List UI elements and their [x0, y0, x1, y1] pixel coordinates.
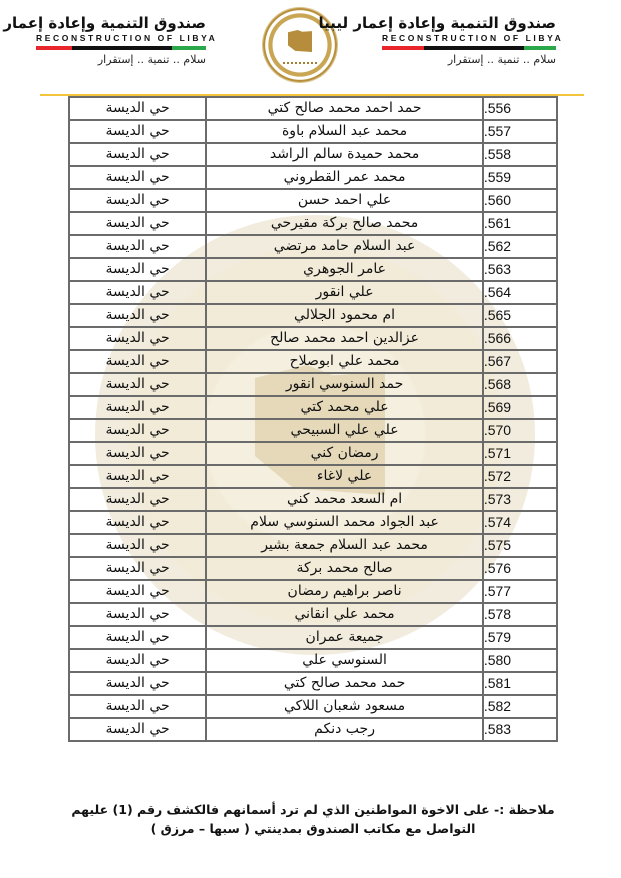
name-cell: حمد السنوسي انقور: [206, 373, 483, 396]
letterhead: صندوق التنمية وإعادة إعمار ليبيا RECONST…: [0, 0, 621, 90]
number-cell: .567: [483, 350, 557, 373]
number-cell: .580: [483, 649, 557, 672]
area-cell: حي الديسة: [69, 672, 206, 695]
name-cell: محمد عمر القطروني: [206, 166, 483, 189]
names-table: حي الديسةحمد احمد محمد صالح كتي.556حي ال…: [68, 96, 558, 742]
area-cell: حي الديسة: [69, 143, 206, 166]
name-cell: ام محمود الجلالي: [206, 304, 483, 327]
table-row: حي الديسةمحمد علي ابوصلاح.567: [69, 350, 557, 373]
name-cell: رجب دنكم: [206, 718, 483, 741]
area-cell: حي الديسة: [69, 465, 206, 488]
area-cell: حي الديسة: [69, 189, 206, 212]
area-cell: حي الديسة: [69, 97, 206, 120]
name-cell: محمد علي انقاني: [206, 603, 483, 626]
brand-block-right: صندوق التنمية وإعادة إعمار ليبيا RECONST…: [382, 14, 556, 67]
flag-color-bar: [382, 46, 556, 50]
table-row: حي الديسةمسعود شعبان اللاكي.582: [69, 695, 557, 718]
table-row: حي الديسةصالح محمد بركة.576: [69, 557, 557, 580]
number-cell: .560: [483, 189, 557, 212]
number-cell: .577: [483, 580, 557, 603]
name-cell: محمد عبد السلام باوة: [206, 120, 483, 143]
area-cell: حي الديسة: [69, 419, 206, 442]
table-row: حي الديسةحمد محمد صالح كتي.581: [69, 672, 557, 695]
brand-arabic-name: صندوق التنمية وإعادة إعمار ليبيا: [382, 14, 556, 33]
number-cell: .572: [483, 465, 557, 488]
name-cell: حمد احمد محمد صالح كتي: [206, 97, 483, 120]
area-cell: حي الديسة: [69, 488, 206, 511]
number-cell: .558: [483, 143, 557, 166]
footnote-line-1: ملاحظة :- على الاخوة المواطنين الذي لم ت…: [68, 800, 558, 819]
number-cell: .573: [483, 488, 557, 511]
table-row: حي الديسةمحمد عبد السلام جمعة بشير.575: [69, 534, 557, 557]
area-cell: حي الديسة: [69, 511, 206, 534]
area-cell: حي الديسة: [69, 603, 206, 626]
number-cell: .575: [483, 534, 557, 557]
name-cell: رمضان كني: [206, 442, 483, 465]
name-cell: عبد الجواد محمد السنوسي سلام: [206, 511, 483, 534]
name-cell: عبد السلام حامد مرتضي: [206, 235, 483, 258]
number-cell: .570: [483, 419, 557, 442]
number-cell: .566: [483, 327, 557, 350]
name-cell: ناصر براهيم رمضان: [206, 580, 483, 603]
brand-tagline: سلام .. تنمية .. إستقرار: [382, 53, 556, 67]
libya-map-icon: [288, 30, 312, 52]
number-cell: .563: [483, 258, 557, 281]
table-row: حي الديسةعلي محمد كتي.569: [69, 396, 557, 419]
footnote-line-2: التواصل مع مكاتب الصندوق بمدينتي ( سبها …: [68, 819, 558, 838]
name-cell: علي انقور: [206, 281, 483, 304]
number-cell: .568: [483, 373, 557, 396]
area-cell: حي الديسة: [69, 649, 206, 672]
number-cell: .574: [483, 511, 557, 534]
table-row: حي الديسةرمضان كني.571: [69, 442, 557, 465]
area-cell: حي الديسة: [69, 557, 206, 580]
area-cell: حي الديسة: [69, 350, 206, 373]
table-row: حي الديسةرجب دنكم.583: [69, 718, 557, 741]
name-cell: علي علي السبيحي: [206, 419, 483, 442]
number-cell: .565: [483, 304, 557, 327]
area-cell: حي الديسة: [69, 580, 206, 603]
number-cell: .559: [483, 166, 557, 189]
area-cell: حي الديسة: [69, 626, 206, 649]
table-row: حي الديسةالسنوسي علي.580: [69, 649, 557, 672]
table-row: حي الديسةجميعة عمران.579: [69, 626, 557, 649]
number-cell: .557: [483, 120, 557, 143]
table-row: حي الديسةناصر براهيم رمضان.577: [69, 580, 557, 603]
number-cell: .581: [483, 672, 557, 695]
area-cell: حي الديسة: [69, 442, 206, 465]
number-cell: .583: [483, 718, 557, 741]
area-cell: حي الديسة: [69, 373, 206, 396]
brand-block-left: صندوق التنمية وإعادة إعمار ليبيا RECONST…: [36, 14, 206, 67]
table-row: حي الديسةمحمد حميدة سالم الراشد.558: [69, 143, 557, 166]
name-cell: محمد صالح بركة مقيرحي: [206, 212, 483, 235]
name-cell: علي احمد حسن: [206, 189, 483, 212]
table-row: حي الديسةمحمد عبد السلام باوة.557: [69, 120, 557, 143]
name-cell: السنوسي علي: [206, 649, 483, 672]
area-cell: حي الديسة: [69, 695, 206, 718]
name-cell: حمد محمد صالح كتي: [206, 672, 483, 695]
table-row: حي الديسةعبد الجواد محمد السنوسي سلام.57…: [69, 511, 557, 534]
table-row: حي الديسةعلي لاغاء.572: [69, 465, 557, 488]
table-row: حي الديسةعزالدين احمد محمد صالح.566: [69, 327, 557, 350]
name-cell: صالح محمد بركة: [206, 557, 483, 580]
number-cell: .579: [483, 626, 557, 649]
table-row: حي الديسةعلي احمد حسن.560: [69, 189, 557, 212]
table-row: حي الديسةعلي انقور.564: [69, 281, 557, 304]
number-cell: .556: [483, 97, 557, 120]
table-row: حي الديسةمحمد علي انقاني.578: [69, 603, 557, 626]
name-cell: مسعود شعبان اللاكي: [206, 695, 483, 718]
area-cell: حي الديسة: [69, 120, 206, 143]
name-cell: ام السعد محمد كني: [206, 488, 483, 511]
table-row: حي الديسةمحمد صالح بركة مقيرحي.561: [69, 212, 557, 235]
area-cell: حي الديسة: [69, 327, 206, 350]
number-cell: .569: [483, 396, 557, 419]
name-cell: محمد حميدة سالم الراشد: [206, 143, 483, 166]
number-cell: .571: [483, 442, 557, 465]
wreath-icon: [283, 56, 317, 64]
table-row: حي الديسةعلي علي السبيحي.570: [69, 419, 557, 442]
area-cell: حي الديسة: [69, 212, 206, 235]
area-cell: حي الديسة: [69, 396, 206, 419]
number-cell: .564: [483, 281, 557, 304]
area-cell: حي الديسة: [69, 258, 206, 281]
table-row: حي الديسةعبد السلام حامد مرتضي.562: [69, 235, 557, 258]
table-row: حي الديسةعامر الجوهري.563: [69, 258, 557, 281]
number-cell: .578: [483, 603, 557, 626]
table-row: حي الديسةام السعد محمد كني.573: [69, 488, 557, 511]
number-cell: .562: [483, 235, 557, 258]
table-row: حي الديسةام محمود الجلالي.565: [69, 304, 557, 327]
table-row: حي الديسةحمد السنوسي انقور.568: [69, 373, 557, 396]
table-row: حي الديسةمحمد عمر القطروني.559: [69, 166, 557, 189]
name-cell: علي محمد كتي: [206, 396, 483, 419]
name-cell: جميعة عمران: [206, 626, 483, 649]
name-cell: علي لاغاء: [206, 465, 483, 488]
number-cell: .582: [483, 695, 557, 718]
name-cell: عزالدين احمد محمد صالح: [206, 327, 483, 350]
area-cell: حي الديسة: [69, 281, 206, 304]
brand-english-name: RECONSTRUCTION OF LIBYA: [36, 33, 206, 44]
name-cell: عامر الجوهري: [206, 258, 483, 281]
name-cell: محمد علي ابوصلاح: [206, 350, 483, 373]
name-cell: محمد عبد السلام جمعة بشير: [206, 534, 483, 557]
table-row: حي الديسةحمد احمد محمد صالح كتي.556: [69, 97, 557, 120]
number-cell: .561: [483, 212, 557, 235]
area-cell: حي الديسة: [69, 718, 206, 741]
footnote: ملاحظة :- على الاخوة المواطنين الذي لم ت…: [68, 800, 558, 838]
number-cell: .576: [483, 557, 557, 580]
area-cell: حي الديسة: [69, 534, 206, 557]
brand-english-name: RECONSTRUCTION OF LIBYA: [382, 33, 556, 44]
area-cell: حي الديسة: [69, 304, 206, 327]
area-cell: حي الديسة: [69, 166, 206, 189]
flag-color-bar: [36, 46, 206, 50]
brand-tagline: سلام .. تنمية .. إستقرار: [36, 53, 206, 67]
area-cell: حي الديسة: [69, 235, 206, 258]
brand-arabic-name: صندوق التنمية وإعادة إعمار ليبيا: [36, 14, 206, 33]
